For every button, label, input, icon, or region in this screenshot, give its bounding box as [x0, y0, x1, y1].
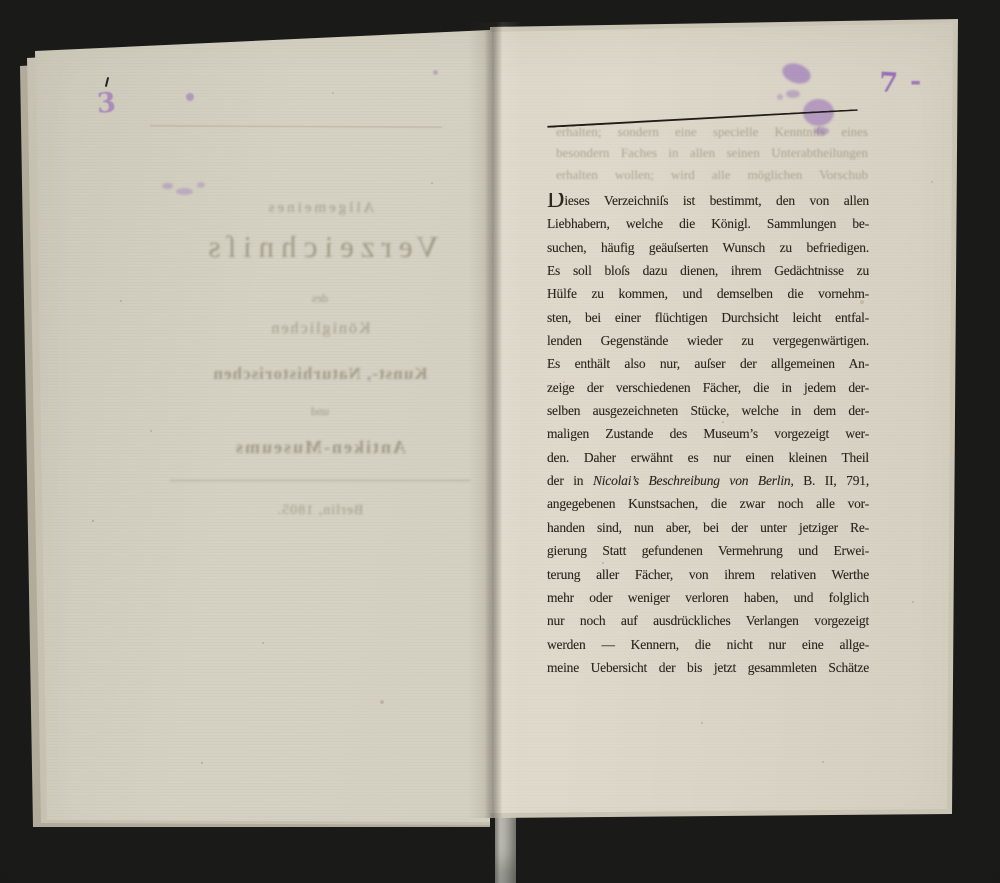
text-line: werden — Kennern, die nicht nur eine all… [547, 637, 869, 660]
bleed-title-line: Königlichen [160, 320, 480, 338]
bleed-through-title-block: Allgemeines Verzeichniſs des Königlichen… [160, 200, 480, 519]
bleed-title-imprint: Berlin, 1805. [160, 503, 480, 519]
text-line: lenden Gegenstände wieder zu vergegenwär… [547, 333, 869, 356]
ink-smudge [197, 182, 205, 188]
text-line: terung aller Fächer, von ihrem relativen… [547, 567, 869, 590]
text-line: Liebhabern, welche die Königl. Sammlunge… [547, 216, 869, 239]
text-line: zeige der verschiedenen Fächer, die in j… [547, 380, 869, 403]
italic-citation: Nicolai’s Beschreibung von Berlin [593, 473, 791, 488]
text-line: Dieses Verzeichniſs ist bestimmt, den vo… [547, 193, 869, 216]
text-line: Es soll bloſs dazu dienen, ihrem Gedächt… [547, 263, 869, 286]
page-number-dash-mark: - [910, 66, 921, 97]
purple-stamp-smudge [777, 94, 783, 100]
bleed-title-divider [170, 480, 470, 481]
purple-stamp-smudge [786, 90, 800, 98]
text-line: gierung Statt gefundenen Vermehrung und … [547, 543, 869, 566]
text-line: Es enthält also nur, auſser der allgemei… [547, 356, 869, 379]
purple-stamp-smudge [780, 60, 813, 87]
bleed-through-text: erhalten; sondern eine specielle Kenntni… [556, 124, 868, 188]
paper-speckles [0, 0, 2, 2]
bleed-title-line: Antiken-Museums [160, 437, 480, 458]
book-scan: 3 Allgemeines Verzeichniſs des Königlich… [0, 0, 1000, 883]
bleed-through-rule [150, 125, 442, 128]
body-paragraph: Dieses Verzeichniſs ist bestimmt, den vo… [547, 193, 869, 683]
left-page-number-stamp: 3 [96, 87, 117, 119]
ink-dot [433, 70, 438, 75]
text-line: der in Nicolai’s Beschreibung von Berlin… [547, 473, 869, 496]
ink-smudge [162, 183, 173, 189]
drop-cap: D [547, 193, 564, 213]
text-line: maligen Zustande des Museum’s vorgezeigt… [547, 426, 869, 449]
text-line: den. Daher erwähnt es nur einen kleinen … [547, 450, 869, 473]
text-line: handen sind, nun aber, bei der unter jet… [547, 520, 869, 543]
ink-smudge [176, 188, 193, 195]
ink-dot [186, 93, 194, 101]
bleed-text-line: erhalten wollen; wird alle möglichen Vor… [556, 167, 868, 188]
bleed-text-line: besondern Faches in allen seinen Unterab… [556, 145, 868, 166]
bleed-title-line: Verzeichniſs [160, 229, 480, 265]
bleed-title-line: Allgemeines [160, 200, 480, 217]
bleed-title-line: Kunst-, Naturhistorischen [160, 364, 480, 384]
text-span: ieses Verzeichniſs ist bestimmt, den von… [564, 193, 869, 208]
text-line: mehr oder weniger verloren haben, und fo… [547, 590, 869, 613]
bleed-text-line: erhalten; sondern eine specielle Kenntni… [556, 124, 868, 145]
paper-speckles [0, 0, 2, 2]
bleed-title-line: und [160, 404, 480, 419]
text-line: selben ausgezeichneten Stücke, welche in… [547, 403, 869, 426]
text-span: der in [547, 473, 593, 488]
text-line: Hülfe zu kommen, und demselben die vorne… [547, 286, 869, 309]
bleed-title-line: des [160, 291, 480, 306]
text-line: suchen, häufig geäuſserten Wunsch zu bef… [547, 240, 869, 263]
text-line: angegebenen Kunstsachen, die zwar noch a… [547, 496, 869, 519]
pen-tick-mark [105, 77, 109, 87]
text-line: meine Uebersicht der bis jetzt gesammlet… [547, 660, 869, 683]
text-line: sten, bei einer flüchtigen Durchsicht le… [547, 310, 869, 333]
text-line: nur noch auf ausdrückliches Verlangen vo… [547, 613, 869, 636]
text-span: , B. II, 791, [790, 473, 869, 488]
page-number-stamp: 7 [878, 68, 898, 100]
